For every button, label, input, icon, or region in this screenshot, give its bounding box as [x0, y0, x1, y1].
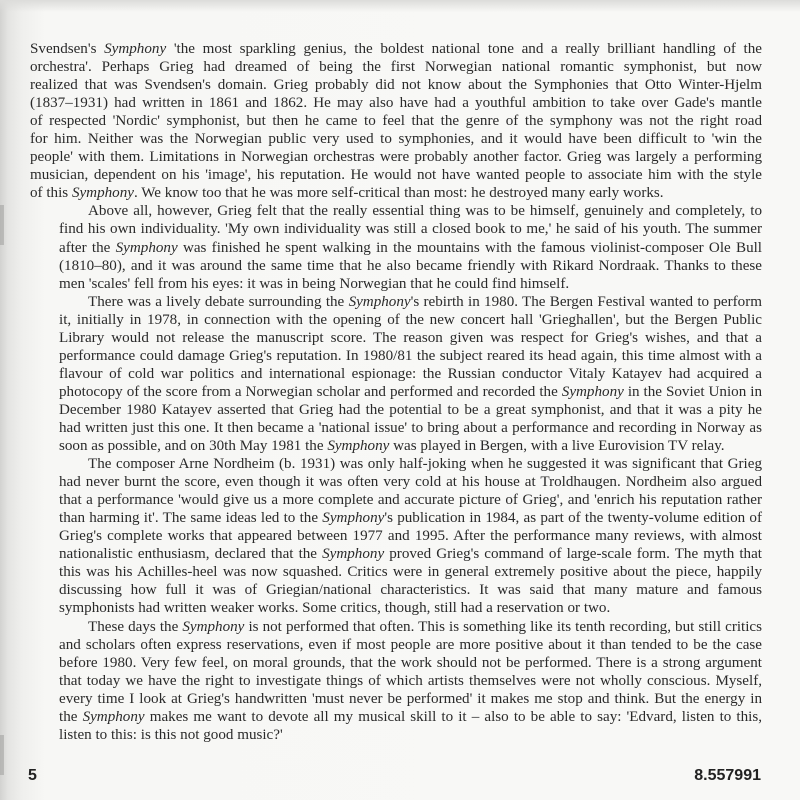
text-segment: realized that was Svendsen's domain. Gri… — [30, 77, 762, 93]
paragraph: The composer Arne Nordheim (b. 1931) was… — [30, 455, 762, 617]
text-segment: Library would not release the manuscript… — [59, 330, 762, 346]
spine-shadow — [0, 735, 4, 775]
italic-title: Symphony — [83, 709, 145, 725]
text-line: than harming it'. The same ideas led to … — [30, 509, 762, 527]
text-segment: had never burnt the score, even though i… — [59, 474, 762, 490]
text-segment: discussing how full it was of Griegian/n… — [59, 582, 762, 598]
text-line: flavour of cold war politics and interna… — [30, 365, 762, 383]
text-line: find his own individuality. 'My own indi… — [30, 220, 762, 238]
text-segment: orchestra'. Perhaps Grieg had dreamed of… — [30, 59, 762, 75]
text-segment: 's publication in 1984, as part of the t… — [384, 510, 762, 526]
text-segment: (1810–80), and it was around the same ti… — [59, 258, 762, 274]
spine-shadow — [0, 205, 4, 245]
text-segment: photocopy of the score from a Norwegian … — [59, 384, 562, 400]
text-segment: (1837–1931) had written in 1861 and 1862… — [30, 95, 762, 111]
text-segment: that a performance 'would give us a more… — [59, 492, 762, 508]
italic-title: Symphony — [562, 384, 624, 400]
text-line: discussing how full it was of Griegian/n… — [30, 581, 762, 599]
text-segment: the — [59, 709, 83, 725]
text-line: listen to this: is this not good music?' — [30, 726, 762, 744]
text-segment: before 1980. Very few feel, on moral gro… — [59, 655, 762, 671]
text-line: that a performance 'would give us a more… — [30, 491, 762, 509]
italic-title: Symphony — [104, 41, 166, 57]
text-line: These days the Symphony is not performed… — [30, 618, 762, 636]
text-segment: of this — [30, 185, 72, 201]
text-segment: 's rebirth in 1980. The Bergen Festival … — [411, 294, 762, 310]
text-line: There was a lively debate surrounding th… — [30, 293, 762, 311]
text-line: for him. Neither was the Norwegian publi… — [30, 130, 762, 148]
text-line: that today we have the right to investig… — [30, 672, 762, 690]
text-line: had never burnt the score, even though i… — [30, 473, 762, 491]
text-segment: 'the most sparkling genius, the boldest … — [166, 41, 762, 57]
text-segment: Svendsen's — [30, 41, 104, 57]
text-segment: of respected 'Nordic' symphonist, but th… — [30, 113, 762, 129]
text-segment: in the Soviet Union in — [624, 384, 762, 400]
text-line: orchestra'. Perhaps Grieg had dreamed of… — [30, 58, 762, 76]
text-line: it, initially in 1978, in connection wit… — [30, 311, 762, 329]
text-segment: December 1980 Katayev asserted that Grie… — [59, 402, 762, 418]
text-segment: performance could damage Grieg's reputat… — [59, 348, 762, 364]
text-line: people' with them. Limitations in Norweg… — [30, 148, 762, 166]
italic-title: Symphony — [72, 185, 134, 201]
text-line: soon as possible, and on 30th May 1981 t… — [30, 437, 762, 455]
italic-title: Symphony — [322, 510, 384, 526]
text-line: (1837–1931) had written in 1861 and 1862… — [30, 94, 762, 112]
essay-body: Svendsen's Symphony 'the most sparkling … — [30, 40, 762, 744]
text-segment: than harming it'. The same ideas led to … — [59, 510, 322, 526]
text-line: Library would not release the manuscript… — [30, 329, 762, 347]
text-line: before 1980. Very few feel, on moral gro… — [30, 654, 762, 672]
text-segment: Above all, however, Grieg felt that the … — [88, 203, 762, 219]
text-segment: . We know too that he was more self-crit… — [134, 185, 664, 201]
text-segment: this was his Achilles-heel was now squas… — [59, 564, 762, 580]
text-segment: Grieg's complete works that appeared bet… — [59, 528, 762, 544]
text-segment: every time I look at Grieg's handwritten… — [59, 691, 762, 707]
text-line: men 'scales' fell from his eyes: it was … — [30, 275, 762, 293]
text-segment: find his own individuality. 'My own indi… — [59, 221, 762, 237]
text-segment: makes me want to devote all my musical s… — [145, 709, 762, 725]
paragraph: Above all, however, Grieg felt that the … — [30, 202, 762, 292]
text-line: Grieg's complete works that appeared bet… — [30, 527, 762, 545]
text-line: nationalistic enthusiasm, declared that … — [30, 545, 762, 563]
text-line: Svendsen's Symphony 'the most sparkling … — [30, 40, 762, 58]
text-segment: proved Grieg's command of large-scale fo… — [384, 546, 762, 562]
text-line: after the Symphony was finished he spent… — [30, 239, 762, 257]
italic-title: Symphony — [182, 619, 244, 635]
text-line: realized that was Svendsen's domain. Gri… — [30, 76, 762, 94]
text-line: performance could damage Grieg's reputat… — [30, 347, 762, 365]
italic-title: Symphony — [322, 546, 384, 562]
text-line: and scholars often express reservations,… — [30, 636, 762, 654]
text-segment: was played in Bergen, with a live Eurovi… — [389, 438, 724, 454]
text-segment: and scholars often express reservations,… — [59, 637, 762, 653]
catalogue-number: 8.557991 — [694, 767, 761, 785]
text-line: photocopy of the score from a Norwegian … — [30, 383, 762, 401]
text-line: musician, dependent on his 'image', his … — [30, 166, 762, 184]
text-line: the Symphony makes me want to devote all… — [30, 708, 762, 726]
text-line: (1810–80), and it was around the same ti… — [30, 257, 762, 275]
text-line: had written just this one. It then becam… — [30, 419, 762, 437]
text-segment: had written just this one. It then becam… — [59, 420, 762, 436]
text-segment: listen to this: is this not good music?' — [59, 727, 283, 743]
italic-title: Symphony — [349, 294, 411, 310]
text-line: every time I look at Grieg's handwritten… — [30, 690, 762, 708]
page-number: 5 — [28, 767, 37, 785]
paragraph: There was a lively debate surrounding th… — [30, 293, 762, 455]
paragraph: Svendsen's Symphony 'the most sparkling … — [30, 40, 762, 202]
text-line: The composer Arne Nordheim (b. 1931) was… — [30, 455, 762, 473]
text-line: this was his Achilles-heel was now squas… — [30, 563, 762, 581]
text-segment: that today we have the right to investig… — [59, 673, 762, 689]
text-segment: it, initially in 1978, in connection wit… — [59, 312, 762, 328]
text-line: symphonists had written weaker works. So… — [30, 599, 762, 617]
text-segment: nationalistic enthusiasm, declared that … — [59, 546, 322, 562]
text-segment: symphonists had written weaker works. So… — [59, 600, 610, 616]
italic-title: Symphony — [116, 240, 178, 256]
text-segment: The composer Arne Nordheim (b. 1931) was… — [88, 456, 762, 472]
text-segment: There was a lively debate surrounding th… — [88, 294, 349, 310]
italic-title: Symphony — [327, 438, 389, 454]
text-segment: people' with them. Limitations in Norweg… — [30, 149, 762, 165]
text-segment: after the — [59, 240, 116, 256]
text-segment: for him. Neither was the Norwegian publi… — [30, 131, 762, 147]
text-segment: soon as possible, and on 30th May 1981 t… — [59, 438, 327, 454]
text-segment: musician, dependent on his 'image', his … — [30, 167, 762, 183]
paragraph: These days the Symphony is not performed… — [30, 618, 762, 744]
text-line: of respected 'Nordic' symphonist, but th… — [30, 112, 762, 130]
booklet-page: Svendsen's Symphony 'the most sparkling … — [0, 0, 800, 800]
text-line: December 1980 Katayev asserted that Grie… — [30, 401, 762, 419]
text-segment: These days the — [88, 619, 182, 635]
text-segment: flavour of cold war politics and interna… — [59, 366, 762, 382]
text-segment: men 'scales' fell from his eyes: it was … — [59, 276, 569, 292]
text-segment: is not performed that often. This is som… — [244, 619, 762, 635]
text-line: Above all, however, Grieg felt that the … — [30, 202, 762, 220]
text-line: of this Symphony. We know too that he wa… — [30, 184, 762, 202]
text-segment: was finished he spent walking in the mou… — [178, 240, 762, 256]
